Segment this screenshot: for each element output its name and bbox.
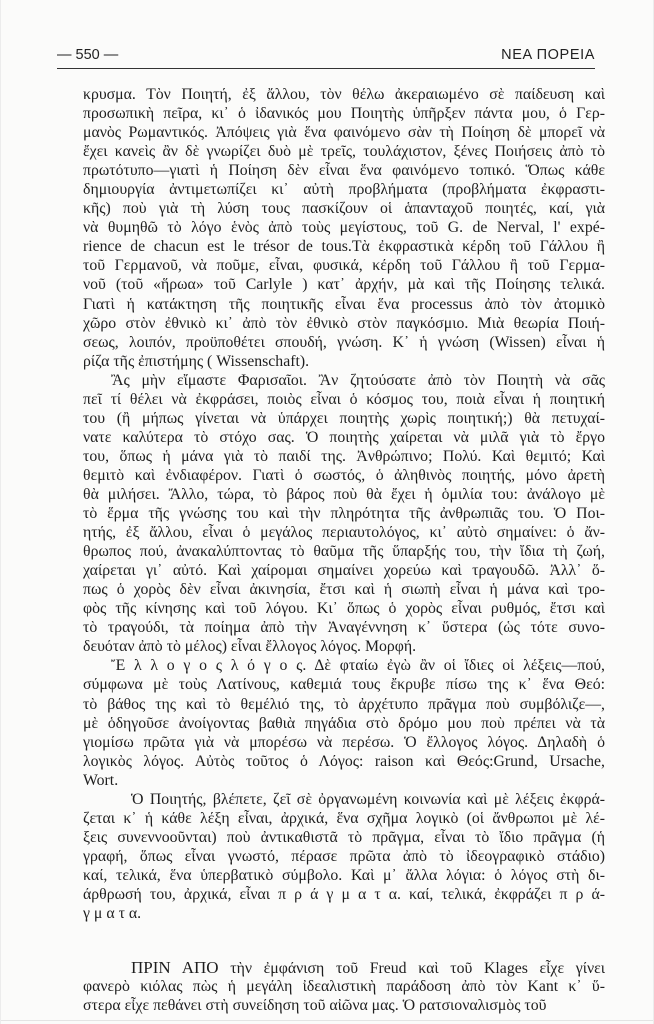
text-line: Ἔ λ λ ο γ ο ς λ ό γ ο ς. Δὲ φταίω ἐγὼ ἂν… [83,656,605,675]
text-line: λογικὸς λόγος. Αὐτὸς τοῦτος ὁ Λόγος: rai… [83,752,605,771]
running-head: — 550 — ΝΕΑ ΠΟΡΕΙΑ [57,44,595,69]
text-line: πως ὁ χορὸς δὲν εἶναι ἀκινησία, ἔτσι καὶ… [83,580,605,599]
scan-edge [1,1020,653,1021]
text-line: κῆς) ποὺ γιὰ τὴ λύση τους πασκίζουν οἱ ἁ… [83,199,605,218]
text-line: ξεις συνεννοοῦνται) ποὺ ἀντικαθιστᾶ τὸ π… [83,828,605,847]
text-line: προσωπικὴ πεῖρα, κι᾽ ὁ ἰδανικός μου Ποιη… [83,104,605,123]
text-line: χαίρεται γι᾽ αὐτό. Καὶ χαίρομαι σημαίνει… [83,561,605,580]
text-line: του (ἢ μήπως γίνεται νὰ ὑπάρχει ποιητὴς … [83,409,605,428]
text-line: ζεται κ᾽ ἡ κάθε λέξη εἶναι, ἀρχικά, ἕνα … [83,809,605,828]
text-line: χῶρο στὸν ἐθνικὸ κι᾽ ἀπὸ τὸν ἐθνικὸ στὸν… [83,314,605,333]
scanned-page: — 550 — ΝΕΑ ΠΟΡΕΙΑ κρυσμα. Τὸν Ποιητή, ἐ… [0,0,654,1024]
text-line: τοῦ Γερμανοῦ, νὰ ποῦμε, εἶναι, φυσικά, κ… [83,256,605,275]
text-line: θὰ μιλήσει. Ἄλλο, τώρα, τὸ βάρος ποὺ θὰ … [83,485,605,504]
text-line: Ἂς μὴν εἴμαστε Φαρισαῖοι. Ἂν ζητούσατε ἀ… [83,371,605,390]
text-line: πεῖ τί θέλει νὰ ἐκφράσει, ποιὸς εἶναι ὁ … [83,390,605,409]
section-gap [83,923,605,958]
text-line: γιομίσω πρῶτα γιὰ νὰ μπορέσω νὰ περέσω. … [83,733,605,752]
paragraph: ΠΡΙΝ ΑΠΟ τὴν ἐμφάνιση τοῦ Freud καὶ τοῦ … [83,958,605,1015]
text-line: νατε καλύτερα τὸ στόχο σας. Ὁ ποιητὴς χα… [83,428,605,447]
section-opening-caps: ΠΡΙΝ ΑΠΟ [131,958,219,977]
journal-title: ΝΕΑ ΠΟΡΕΙΑ [501,47,595,63]
text-line: στερα εἶχε πεθάνει στὴ συνείδηση τοῦ αἰῶ… [83,996,605,1015]
text-line: άρθρωσή του, ἀρχικά, εἶναι π ρ ά γ μ α τ… [83,885,605,904]
text-line: νοῦ (τοῦ «ἥρωα» τοῦ Carlyle ) κατ᾽ ἀρχήν… [83,275,605,294]
text-line: φανερὸ κιόλας πὼς ἡ μεγάλη ἰδεαλιστικὴ π… [83,977,605,996]
paragraph: Ἂς μὴν εἴμαστε Φαρισαῖοι. Ἂν ζητούσατε ἀ… [83,371,605,657]
text-line: σύμφωνα μὲ τοὺς Λατίνους, καθεμιά τους ἔ… [83,675,605,694]
page-number: — 550 — [57,47,118,63]
text-line: τὸ βάθος της καὶ τὸ θεμέλιό της, τὸ ἀρχέ… [83,695,605,714]
text-line: φὸς τῆς κίνησης καὶ τοῦ λόγου. Κι᾽ ὅπως … [83,599,605,618]
text-line: δευόταν ἀπὸ τὸ μέλος) εἶναι ἔλλογος λόγο… [83,637,605,656]
text-line: δημιουργία ἀντιμετωπίζει κι᾽ αὐτὴ προβλή… [83,180,605,199]
text-line: πρωτότυπο—γιατὶ ἡ Ποίηση δὲν εἶναι ἕνα φ… [83,161,605,180]
text-line: μανὸς Ρωμαντικός. Ἀπόψεις γιὰ ἕνα φαινόμ… [83,123,605,142]
text-line: νὰ θυμηθῶ τὸ λόγο ἑνὸς ἀπὸ τοὺς μεγίστου… [83,218,605,237]
text-line: ἔχει κανεὶς ἂν δὲ γνωρίζει δυὸ μὲ τρεῖς,… [83,142,605,161]
text-line: Γιατὶ ἡ κατάκτηση τῆς ποιητικῆς εἶναι ἕν… [83,295,605,314]
paragraph: Ἔ λ λ ο γ ο ς λ ό γ ο ς. Δὲ φταίω ἐγὼ ἂν… [83,656,605,789]
text-line: rience de chacun est le trésor de tous.Τ… [83,237,605,256]
text-line: ητής, ἐξ ἄλλου, εἶναι ὁ μεγάλος περιαυτο… [83,523,605,542]
text-line: ρίζα τῆς ἐπιστήμης ( Wissenschaft). [83,352,605,371]
text-line: τὸ ἕρμα τῆς γνώσης του καὶ τὴν πληρότητα… [83,504,605,523]
paragraph: κρυσμα. Τὸν Ποιητή, ἐξ ἄλλου, τὸν θέλω ἀ… [83,85,605,371]
text-line: τὸ τραγούδι, τὰ ποίημα ἀπὸ τὴν Ἀναγέννησ… [83,618,605,637]
text-line: Wort. [83,771,605,790]
body-text: κρυσμα. Τὸν Ποιητή, ἐξ ἄλλου, τὸν θέλω ἀ… [83,85,605,1015]
text-line: καί, τελικά, ἕνα ὑπερβατικὸ σύμβολο. Καὶ… [83,866,605,885]
text-line: θεμιτὸ καὶ ἐνδιαφέρον. Γιατὶ ὁ σωστός, ὁ… [83,466,605,485]
text-line: γ μ α τ α. [83,904,605,923]
text-line: σεως, λοιπόν, προϋποθέτει σπουδή, γνώση.… [83,333,605,352]
text-line: μὲ ὁδηγοῦσε ἀνοίγοντας βαθιὰ πηγάδια στὸ… [83,714,605,733]
text-line: κρυσμα. Τὸν Ποιητή, ἐξ ἄλλου, τὸν θέλω ἀ… [83,85,605,104]
text-line: γραφή, ὅπως εἶναι γνωστό, πέρασε πρῶτα ἀ… [83,847,605,866]
text-line: ΠΡΙΝ ΑΠΟ τὴν ἐμφάνιση τοῦ Freud καὶ τοῦ … [83,958,605,977]
paragraph: Ὁ Ποιητής, βλέπετε, ζεῖ σὲ ὀργανωμένη κο… [83,790,605,923]
text-line: Ὁ Ποιητής, βλέπετε, ζεῖ σὲ ὀργανωμένη κο… [83,790,605,809]
text-line: του, ὅπως ἡ μάνα γιὰ τὸ παιδί της. Ἀνθρώ… [83,447,605,466]
text-line: θρωπος πού, ἀνακαλύπτοντας τὸ θαῦμα τῆς … [83,542,605,561]
